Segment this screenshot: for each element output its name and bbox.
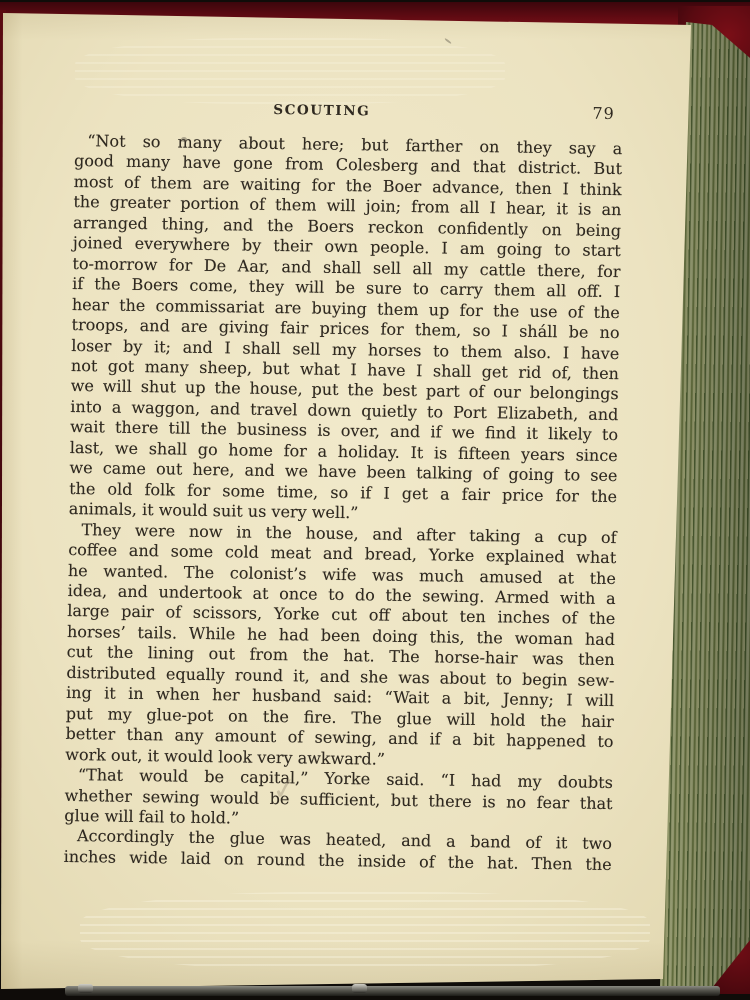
pencil-smudge: ✓ [270,770,300,808]
cradle-clip [352,984,367,993]
page-number: 79 [592,104,615,123]
running-title: SCOUTING [273,102,370,119]
paper-speck [181,137,187,142]
cradle-bar [65,986,720,996]
page-content: SCOUTING 79 “Not so many about here; but… [64,96,623,875]
cradle-clip [78,984,93,993]
paper-streaks-bottom [80,892,650,970]
book-scan-photo: SCOUTING 79 “Not so many about here; but… [0,0,750,1000]
text-block: “Not so many about here; but farther on … [64,131,623,875]
paper-streaks-top [75,38,505,104]
